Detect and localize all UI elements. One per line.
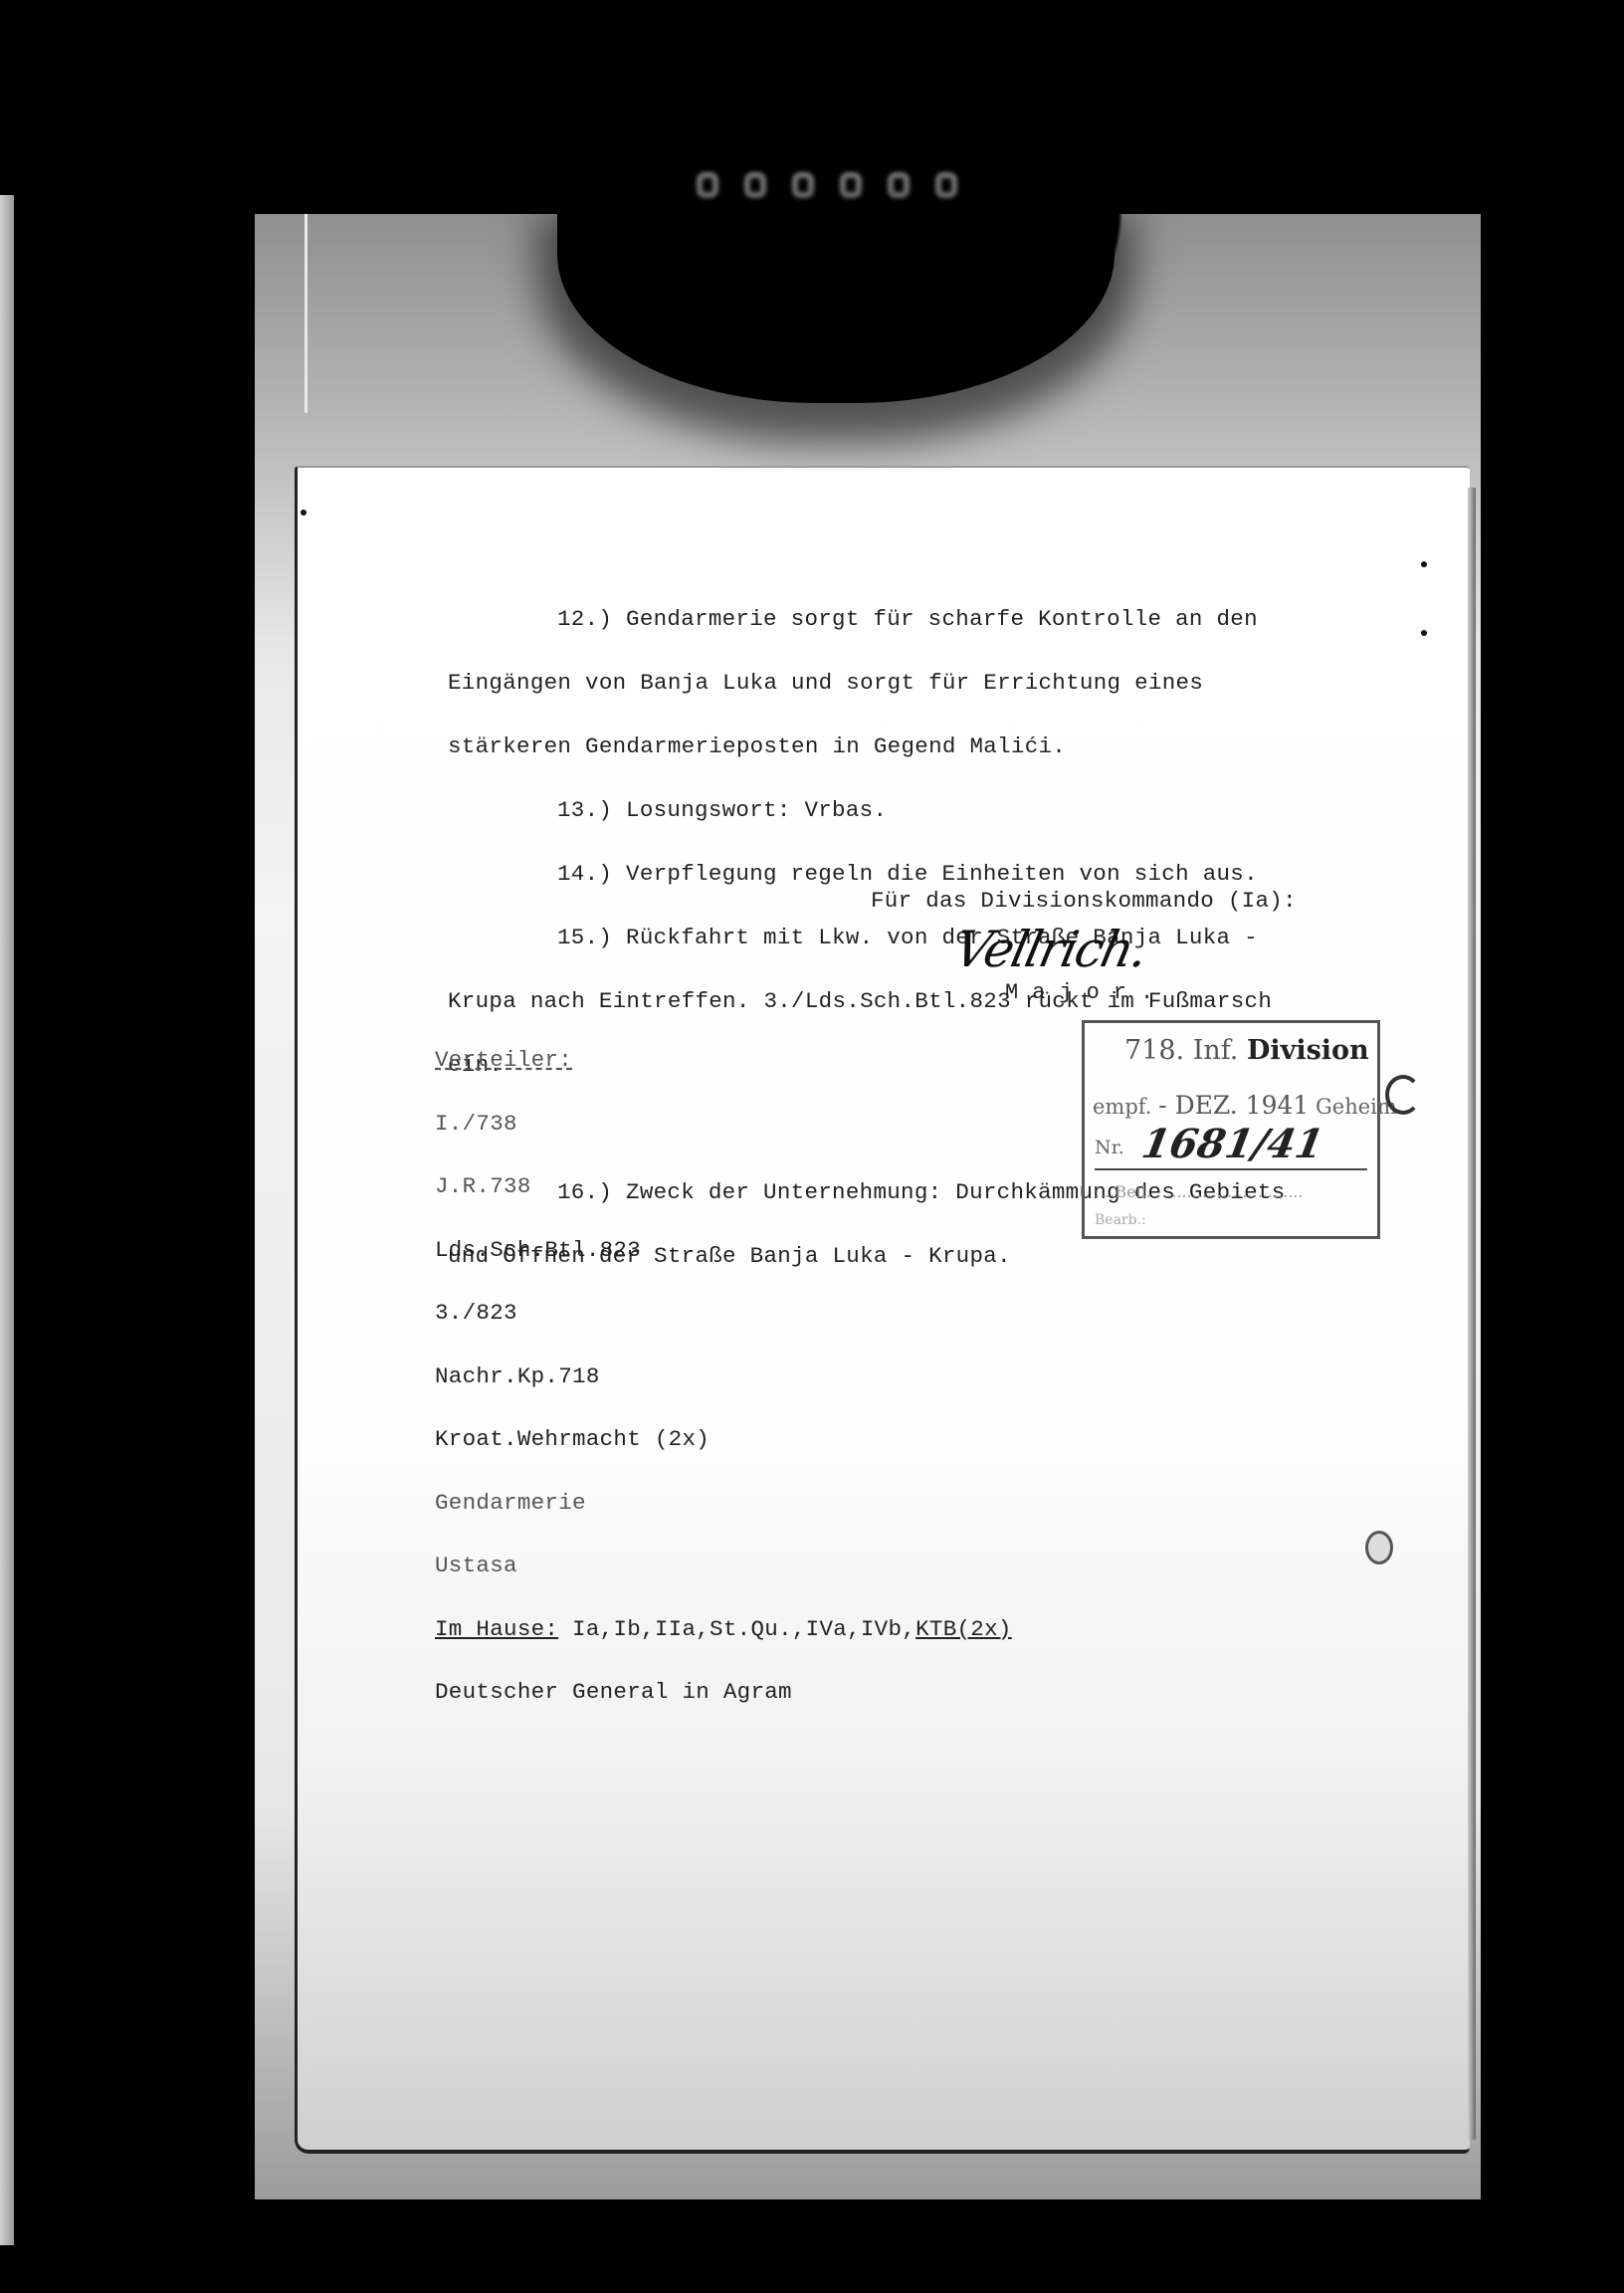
distribution-in-house-row: Im Hause: Ia,Ib,IIa,St.Qu.,IVa,IVb,KTB(2…	[435, 1619, 1012, 1641]
stamp-divider	[1095, 1168, 1367, 1170]
distribution-list: Verteiler: I./738 J.R.738 Lds.Sch.Btl.82…	[435, 1008, 1012, 1725]
backing-edge-line	[304, 214, 307, 413]
hole-punch-mark-icon	[1365, 1531, 1393, 1564]
signatory-rank: Major.	[1005, 980, 1167, 1005]
order-item-12-line-3: stärkeren Gendarmerieposten in Gegend Ma…	[448, 736, 1286, 758]
order-item-12-line-2: Eingängen von Banja Luka und sorgt für E…	[448, 673, 1286, 695]
stamp-received-row: empf. - DEZ. 1941 Geheim	[1093, 1091, 1397, 1120]
in-house-ktb: KTB(2x)	[915, 1616, 1012, 1642]
receipt-stamp: 718. Inf. Division empf. - DEZ. 1941 Geh…	[1082, 1020, 1380, 1239]
stamp-received-date: - DEZ. 1941	[1158, 1091, 1309, 1120]
stamp-number-label: Nr.	[1095, 1137, 1124, 1158]
order-item-13: 13.) Losungswort: Vrbas.	[448, 800, 1286, 822]
stamp-handwritten-number: 1681/41	[1138, 1121, 1327, 1167]
punch-mark	[301, 510, 306, 516]
in-house-list: Ia,Ib,IIa,St.Qu.,IVa,IVb,	[558, 1616, 915, 1642]
stamp-received-label: empf.	[1093, 1095, 1151, 1119]
distribution-recipient: Nachr.Kp.718	[435, 1366, 1012, 1388]
distribution-recipient: J.R.738	[435, 1176, 1012, 1198]
distribution-recipient: Ustasa	[435, 1556, 1012, 1577]
stamp-unit: 718. Inf. Division	[1124, 1035, 1369, 1066]
distribution-recipient: I./738	[435, 1114, 1012, 1136]
stamp-processor: Bearb.:	[1095, 1212, 1146, 1228]
distribution-recipient: Lds.Sch.Btl.823	[435, 1240, 1012, 1262]
handwritten-signature: Vellrich.	[949, 921, 1151, 978]
order-item-14: 14.) Verpflegung regeln die Einheiten vo…	[448, 864, 1286, 886]
hole-punch-mark-icon	[1385, 1075, 1421, 1115]
order-item-12-line-1: 12.) Gendarmerie sorgt für scharfe Kontr…	[448, 609, 1286, 631]
in-house-label: Im Hause:	[435, 1616, 558, 1642]
distribution-last-recipient: Deutscher General in Agram	[435, 1682, 1012, 1704]
signature-for-line: Für das Divisionskommando (Ia):	[871, 891, 1297, 912]
distribution-recipient: Kroat.Wehrmacht (2x)	[435, 1429, 1012, 1451]
distribution-heading: Verteiler:	[435, 1050, 1012, 1072]
order-item-15-line-1: 15.) Rückfahrt mit Lkw. von der Straße B…	[448, 928, 1286, 949]
punch-mark	[1421, 561, 1427, 567]
punch-mark	[1421, 630, 1427, 636]
distribution-recipient: Gendarmerie	[435, 1493, 1012, 1515]
distribution-recipient: 3./823	[435, 1303, 1012, 1325]
stamp-enclosures: ....Beil. .............................	[1095, 1182, 1303, 1201]
microfilm-frame-number	[697, 165, 975, 205]
adjacent-film-frame	[0, 195, 14, 2245]
